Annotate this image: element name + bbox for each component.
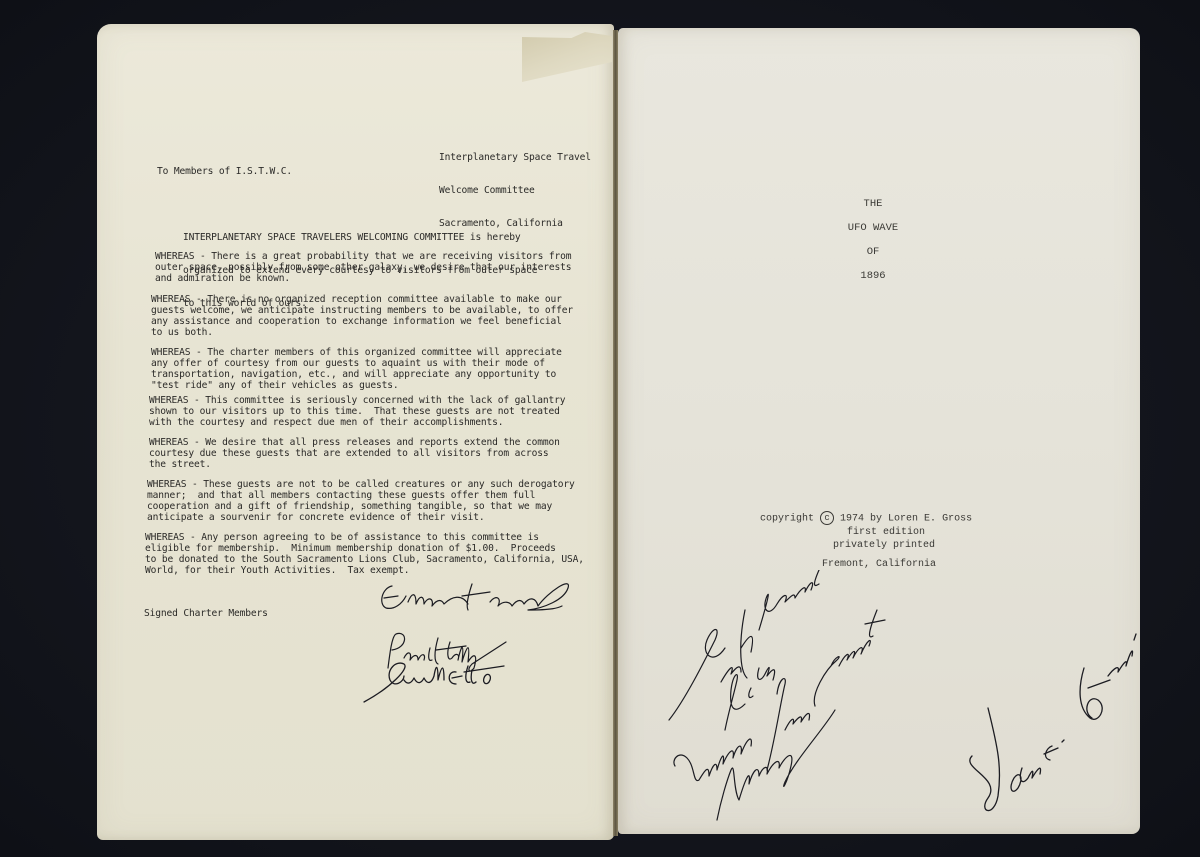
signature-eddie-howard (372, 574, 577, 620)
printing-line: privately printed (760, 539, 972, 552)
whereas-clause: WHEREAS - These guests are not to be cal… (147, 479, 575, 523)
whereas-line: anticipate a sourvenir for concrete evid… (147, 512, 575, 523)
whereas-line: WHEREAS - These guests are not to be cal… (147, 479, 575, 490)
whereas-line: to us both. (151, 327, 573, 338)
book-title: THE UFO WAVE OF 1896 (818, 198, 928, 294)
letterhead-line: Interplanetary Space Travel (439, 152, 591, 163)
title-line: UFO WAVE (818, 222, 928, 246)
whereas-line: guests welcome, we anticipate instructin… (151, 305, 573, 316)
whereas-line: WHEREAS - We desire that all press relea… (149, 437, 560, 448)
whereas-line: WHEREAS - This committee is seriously co… (149, 395, 565, 406)
title-line: OF (818, 246, 928, 270)
copyright-text: 1974 by Loren E. Gross (840, 514, 972, 525)
salutation: To Members of I.S.T.W.C. (157, 166, 292, 177)
signed-charter-members-label: Signed Charter Members (144, 608, 268, 619)
torn-corner (522, 32, 612, 82)
whereas-line: the street. (149, 459, 560, 470)
copyright-line: copyright c 1974 by Loren E. Gross (760, 511, 972, 526)
whereas-line: "test ride" any of their vehicles as gue… (151, 380, 562, 391)
signature-gerald-otto (360, 658, 510, 704)
title-line: 1896 (818, 270, 928, 294)
whereas-clause: WHEREAS - The charter members of this or… (151, 347, 562, 391)
whereas-line: outer space, possibly from some other ga… (155, 262, 571, 273)
whereas-line: WHEREAS - There is no organized receptio… (151, 294, 573, 305)
intro-line: INTERPLANETARY SPACE TRAVELERS WELCOMING… (183, 232, 537, 243)
whereas-clause: WHEREAS - There is a great probability t… (155, 251, 571, 284)
copyright-prefix: copyright (760, 514, 814, 525)
whereas-line: any assistance and cooperation to exchan… (151, 316, 573, 327)
whereas-line: cooperation and a gift of friendship, so… (147, 501, 575, 512)
imprint-block: copyright c 1974 by Loren E. Gross first… (760, 511, 972, 571)
letterhead-line: Welcome Committee (439, 185, 591, 196)
whereas-clause: WHEREAS - There is no organized receptio… (151, 294, 573, 338)
whereas-line: WHEREAS - Any person agreeing to be of a… (145, 532, 584, 543)
whereas-line: courtesy due these guests that are exten… (149, 448, 560, 459)
whereas-line: and admiration be known. (155, 273, 571, 284)
whereas-line: transportation, navigation, etc., and wi… (151, 369, 562, 380)
edition-line: first edition (760, 526, 972, 539)
handwritten-inscription (655, 570, 895, 830)
whereas-line: any offer of courtesy from our guests to… (151, 358, 562, 369)
whereas-clause: WHEREAS - Any person agreeing to be of a… (145, 532, 584, 576)
whereas-line: with the courtesy and respect due men of… (149, 417, 565, 428)
whereas-line: WHEREAS - There is a great probability t… (155, 251, 571, 262)
whereas-line: WHEREAS - The charter members of this or… (151, 347, 562, 358)
whereas-clause: WHEREAS - This committee is seriously co… (149, 395, 565, 428)
whereas-line: manner; and that all members contacting … (147, 490, 575, 501)
whereas-line: shown to our visitors up to this time. T… (149, 406, 565, 417)
whereas-line: to be donated to the South Sacramento Li… (145, 554, 584, 565)
copyright-symbol-icon: c (820, 511, 834, 525)
location-line: Fremont, California (760, 558, 972, 571)
title-line: THE (818, 198, 928, 222)
whereas-line: eligible for membership. Minimum members… (145, 543, 584, 554)
signature-loren-e-gross (958, 628, 1138, 818)
whereas-clause: WHEREAS - We desire that all press relea… (149, 437, 560, 470)
